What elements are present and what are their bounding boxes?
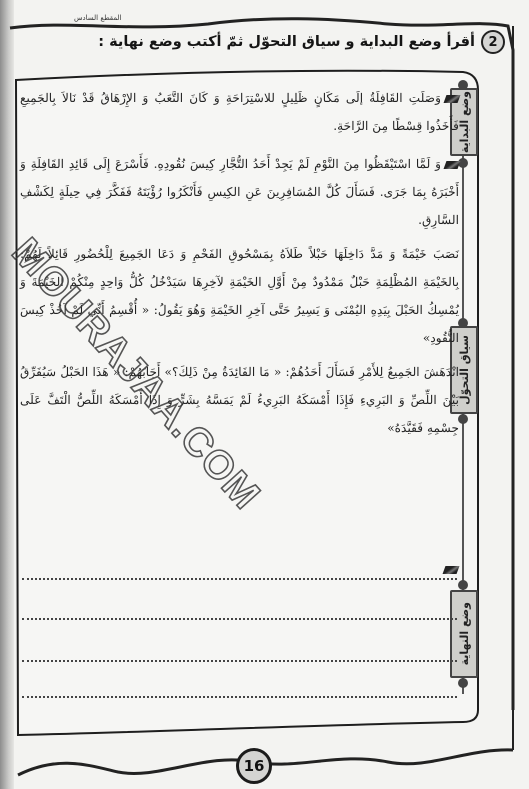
start-paragraph: وَصَلَتِ القَافِلَةُ إلَى مَكَانٍ ظَلِيل… [20, 84, 459, 140]
exercise-number-badge: 2 [481, 30, 505, 54]
pencil-bullet-icon [444, 161, 461, 169]
tag-end-label: وضع النهاية [458, 602, 471, 665]
exercise-instruction: 2 أقرأ وضع البداية و سياق التحوّل ثمّ أك… [25, 30, 505, 54]
transition-paragraph-3: انْدَهَشَ الجَمِيعُ لِلأَمْرِ فَسَأَلَ أ… [20, 358, 459, 442]
instruction-text: أقرأ وضع البداية و سياق التحوّل ثمّ أكتب… [98, 34, 475, 50]
transition-paragraph-1-text: وَ لَمَّا اسْتَيْقَظُوا مِنَ النَّوْمِ ل… [20, 157, 459, 227]
answer-line-2[interactable] [22, 618, 457, 620]
tag-transition-label: سياق التحوّل [458, 335, 471, 405]
chain-bead [458, 414, 468, 424]
pencil-bullet-icon [443, 566, 460, 574]
start-paragraph-text: وَصَلَتِ القَافِلَةُ إلَى مَكَانٍ ظَلِيل… [20, 91, 459, 133]
tag-start-label: وضع البداية [458, 91, 471, 153]
transition-paragraph-3-text: انْدَهَشَ الجَمِيعُ لِلأَمْرِ فَسَأَلَ أ… [20, 365, 459, 435]
transition-paragraph-1: وَ لَمَّا اسْتَيْقَظُوا مِنَ النَّوْمِ ل… [20, 150, 459, 234]
chain-bead [458, 580, 468, 590]
passage: وَصَلَتِ القَافِلَةُ إلَى مَكَانٍ ظَلِيل… [20, 84, 459, 448]
answer-line-3[interactable] [22, 660, 457, 662]
page-number-badge: 16 [236, 748, 272, 784]
chain-bead [458, 678, 468, 688]
tag-end-situation: وضع النهاية [450, 590, 478, 678]
answer-line-1[interactable] [22, 578, 457, 580]
pencil-bullet-icon [444, 95, 461, 103]
transition-paragraph-2: نَصَبَ خَيْمَةً وَ مَدَّ دَاخِلَهَا حَبْ… [20, 240, 459, 352]
running-header: المقطع السادس [74, 14, 121, 22]
transition-paragraph-2-text: نَصَبَ خَيْمَةً وَ مَدَّ دَاخِلَهَا حَبْ… [20, 247, 459, 345]
answer-line-4[interactable] [22, 696, 457, 698]
